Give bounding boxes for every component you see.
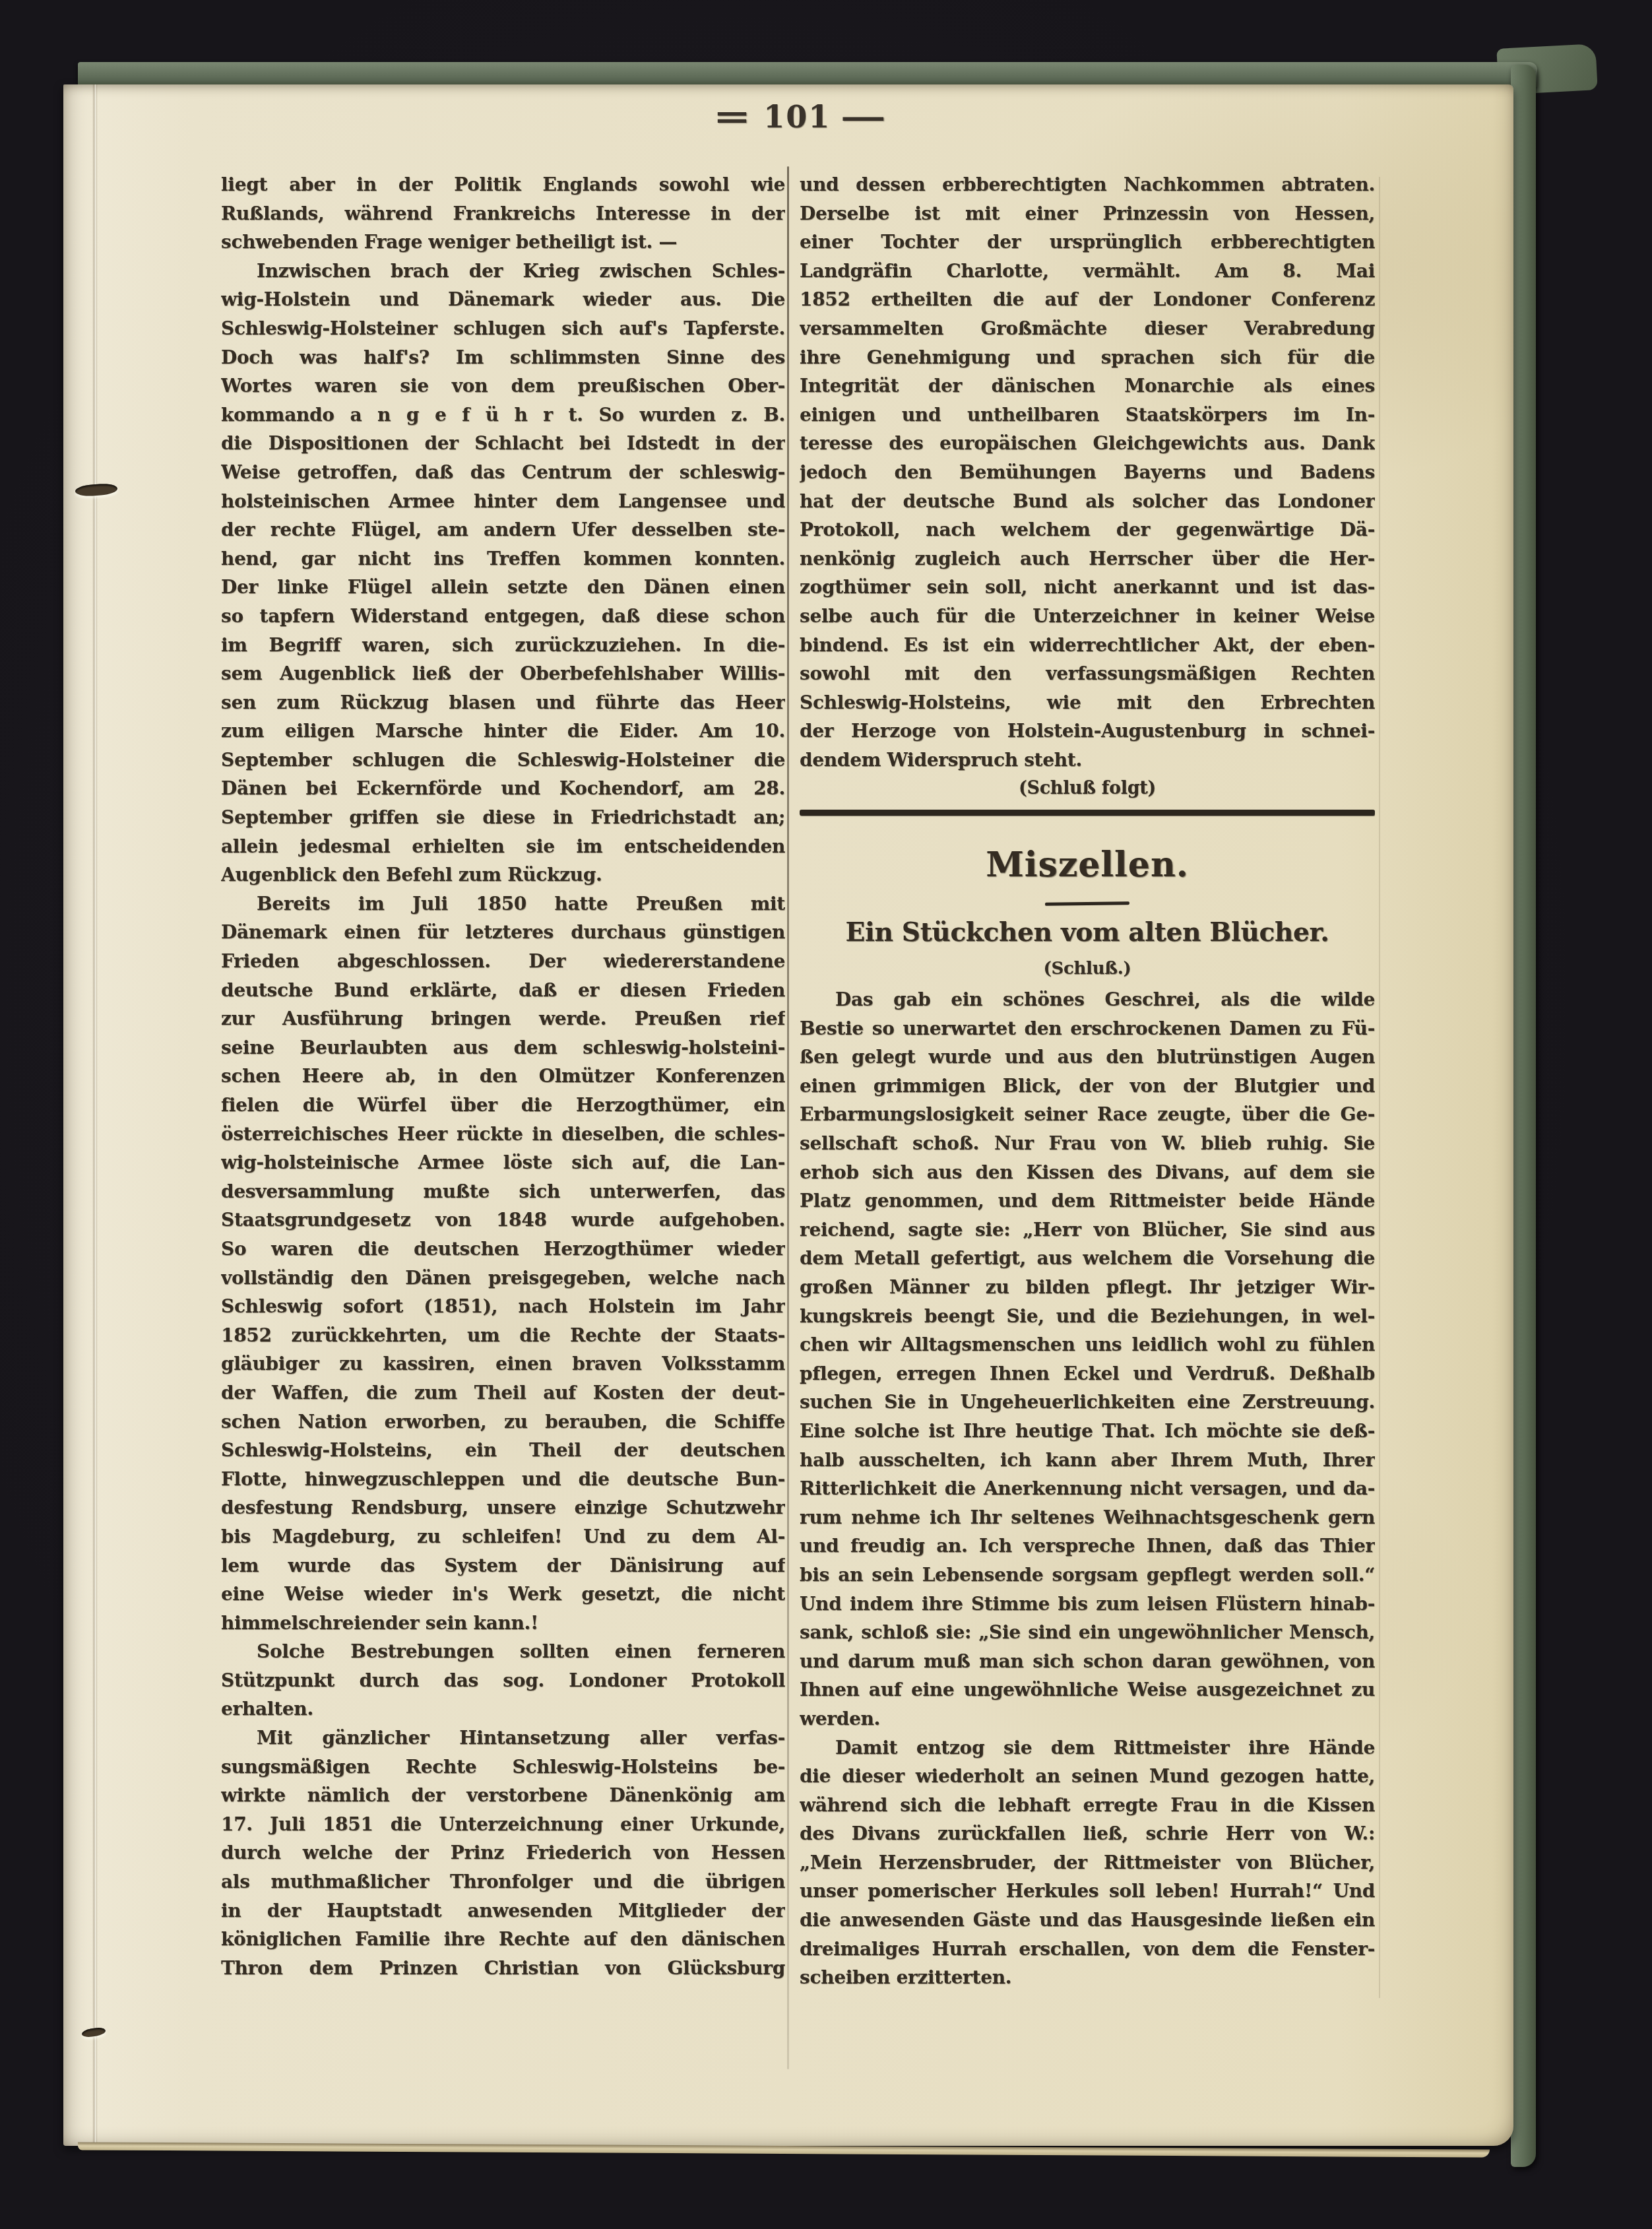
text-line: Doch was half's? Im schlimmsten Sinne de…: [221, 343, 785, 372]
text-line: des Divans zurückfallen ließ, schrie Her…: [800, 1819, 1375, 1848]
text-line: Platz genommen, und dem Rittmeister beid…: [800, 1186, 1375, 1215]
text-line: großen Männer zu bilden pflegt. Ihr jetz…: [800, 1273, 1375, 1302]
text-line: Stützpunkt durch das sog. Londoner Proto…: [221, 1666, 785, 1695]
text-line: Inzwischen brach der Krieg zwischen Schl…: [221, 257, 785, 286]
text-line: fielen die Würfel über die Herzogthümer,…: [221, 1091, 785, 1120]
text-line: Schleswig sofort (1851), nach Holstein i…: [221, 1292, 785, 1321]
text-line: schwebenden Frage weniger betheiligt ist…: [221, 228, 785, 257]
miszellen-section-heading: Miszellen.: [800, 833, 1375, 897]
book-cover-top-edge: [78, 62, 1537, 87]
text-line: jedoch den Bemühungen Bayerns und Badens: [800, 458, 1375, 487]
text-line: sungsmäßigen Rechte Schleswig-Holsteins …: [221, 1753, 785, 1782]
text-line: vollständig den Dänen preisgegeben, welc…: [221, 1264, 785, 1293]
text-line: bis an sein Lebensende sorgsam gepflegt …: [800, 1561, 1375, 1590]
text-line: lem wurde das System der Dänisirung auf: [221, 1551, 785, 1580]
text-line: ihre Genehmigung und sprachen sich für d…: [800, 343, 1375, 372]
text-line: Schleswig-Holsteins, ein Theil der deuts…: [221, 1436, 785, 1465]
page-number-header: =101—: [703, 99, 897, 135]
text-line: Staatsgrundgesetz von 1848 wurde aufgeho…: [221, 1206, 785, 1235]
text-line: scheiben erzitterten.: [800, 1963, 1375, 1992]
text-line: teresse des europäischen Gleichgewichts …: [800, 429, 1375, 458]
photo-background: { "page": { "number": "101", "header": {…: [0, 0, 1652, 2229]
text-line: der rechte Flügel, am andern Ufer dessel…: [221, 515, 785, 544]
text-line: Schleswig-Holsteiner schlugen sich auf's…: [221, 314, 785, 343]
article-title: Ein Stückchen vom alten Blücher.: [800, 913, 1375, 955]
heading-rule: [800, 897, 1375, 913]
text-line: ßen gelegt wurde und aus den blutrünstig…: [800, 1043, 1375, 1072]
text-line: desfestung Rendsburg, unsere einzige Sch…: [221, 1493, 785, 1522]
showthrough-rule: [1379, 177, 1380, 1998]
text-line: Ritterlichkeit die Anerkennung nicht ver…: [800, 1474, 1375, 1503]
text-line: Dänen bei Eckernförde und Kochendorf, am…: [221, 774, 785, 803]
text-line: und dessen erbberechtigten Nachkommen ab…: [800, 170, 1375, 199]
header-right-dash: —: [840, 99, 887, 135]
text-line: erhalten.: [221, 1695, 785, 1724]
text-line: österreichisches Heer rückte in dieselbe…: [221, 1120, 785, 1149]
text-line: Bestie so unerwartet den erschrockenen D…: [800, 1014, 1375, 1043]
text-line: die dieser wiederholt an seinen Mund gez…: [800, 1762, 1375, 1791]
text-line: sank, schloß sie: „Sie sind ein ungewöhn…: [800, 1618, 1375, 1647]
text-line: reichend, sagte sie: „Herr von Blücher, …: [800, 1215, 1375, 1244]
text-line: 1852 zurückkehrten, um die Rechte der St…: [221, 1321, 785, 1350]
text-line: suchen Sie in Ungeheuerlichkeiten eine Z…: [800, 1388, 1375, 1417]
text-line: September griffen sie diese in Friedrich…: [221, 803, 785, 832]
book-cover-right-edge: [1511, 65, 1536, 2167]
separator-rule: [800, 803, 1375, 833]
text-line: pflegen, erregen Ihnen Eckel und Verdruß…: [800, 1359, 1375, 1388]
text-line: Weise getroffen, daß das Centrum der sch…: [221, 458, 785, 487]
header-left-dash: =: [713, 99, 753, 135]
text-line: Damit entzog sie dem Rittmeister ihre Hä…: [800, 1733, 1375, 1762]
text-line: so tapfern Widerstand entgegen, daß dies…: [221, 602, 785, 631]
text-line: Erbarmungslosigkeit seiner Race zeugte, …: [800, 1100, 1375, 1129]
text-line: selbe auch für die Unterzeichner in kein…: [800, 602, 1375, 631]
text-line: seine Beurlaubten aus dem schleswig-hols…: [221, 1033, 785, 1062]
text-line: halb ausschelten, ich kann aber Ihrem Mu…: [800, 1446, 1375, 1475]
text-line: die Dispositionen der Schlacht bei Idste…: [221, 429, 785, 458]
text-line: deutsche Bund erklärte, daß er diesen Fr…: [221, 976, 785, 1005]
text-line: Derselbe ist mit einer Prinzessin von He…: [800, 199, 1375, 228]
text-line: Rußlands, während Frankreichs Interesse …: [221, 199, 785, 228]
text-line: kommando a n g e f ü h r t. So wurden z.…: [221, 401, 785, 430]
text-line: rum nehme ich Ihr seltenes Weihnachtsges…: [800, 1503, 1375, 1532]
text-line: einen grimmigen Blick, der von der Blutg…: [800, 1072, 1375, 1101]
text-line: dem Metall gefertigt, aus welchem die Vo…: [800, 1244, 1375, 1273]
text-line: dendem Widerspruch steht.: [800, 746, 1375, 775]
text-line: werden.: [800, 1704, 1375, 1733]
continuation-note: (Schluß folgt): [800, 774, 1375, 803]
text-line: einigen und untheilbaren Staatskörpers i…: [800, 401, 1375, 430]
text-line: wirkte nämlich der verstorbene Dänenköni…: [221, 1781, 785, 1810]
text-line: zum eiligen Marsche hinter die Eider. Am…: [221, 717, 785, 746]
text-line: 1852 ertheilten die auf der Londoner Con…: [800, 285, 1375, 314]
stitch-hole: [75, 483, 117, 497]
text-line: bis Magdeburg, zu schleifen! Und zu dem …: [221, 1522, 785, 1551]
text-line: Und indem ihre Stimme bis zum leisen Flü…: [800, 1590, 1375, 1619]
text-line: chen wir Alltagsmenschen uns leidlich wo…: [800, 1330, 1375, 1359]
left-column: liegt aber in der Politik Englands sowoh…: [221, 170, 785, 1982]
text-line: Solche Bestrebungen sollten einen ferner…: [221, 1637, 785, 1666]
text-line: schen Nation erworben, zu berauben, die …: [221, 1407, 785, 1437]
text-line: Thron dem Prinzen Christian von Glücksbu…: [221, 1954, 785, 1983]
text-line: So waren die deutschen Herzogthümer wied…: [221, 1235, 785, 1264]
text-line: liegt aber in der Politik Englands sowoh…: [221, 170, 785, 199]
text-line: erhob sich aus den Kissen des Divans, au…: [800, 1158, 1375, 1187]
text-line: schen Heere ab, in den Olmützer Konferen…: [221, 1062, 785, 1091]
text-line: hend, gar nicht ins Treffen kommen konnt…: [221, 544, 785, 573]
text-line: eine Weise wieder in's Werk gesetzt, die…: [221, 1580, 785, 1609]
text-line: dreimaliges Hurrah erschallen, von dem d…: [800, 1935, 1375, 1964]
text-line: September schlugen die Schleswig-Holstei…: [221, 746, 785, 775]
binding-crease: [92, 84, 98, 2146]
text-line: wig-holsteinische Armee löste sich auf, …: [221, 1148, 785, 1177]
text-line: „Mein Herzensbruder, der Rittmeister von…: [800, 1848, 1375, 1877]
text-line: und freudig an. Ich verspreche Ihnen, da…: [800, 1532, 1375, 1561]
text-line: sem Augenblick ließ der Oberbefehlshaber…: [221, 659, 785, 688]
text-line: Mit gänzlicher Hintansetzung aller verfa…: [221, 1724, 785, 1753]
text-line: durch welche der Prinz Friederich von He…: [221, 1838, 785, 1867]
text-line: Augenblick den Befehl zum Rückzug.: [221, 860, 785, 889]
text-line: Integrität der dänischen Monarchie als e…: [800, 371, 1375, 401]
text-line: zur Ausführung bringen werde. Preußen ri…: [221, 1004, 785, 1033]
text-line: allein jedesmal erhielten sie im entsche…: [221, 832, 785, 861]
text-line: desversammlung mußte sich unterwerfen, d…: [221, 1177, 785, 1206]
text-line: der Waffen, die zum Theil auf Kosten der…: [221, 1378, 785, 1407]
text-line: sen zum Rückzug blasen und führte das He…: [221, 688, 785, 717]
text-line: einer Tochter der ursprünglich erbberech…: [800, 228, 1375, 257]
text-line: versammelten Großmächte dieser Verabredu…: [800, 314, 1375, 343]
text-line: kungskreis beengt Sie, und die Beziehung…: [800, 1302, 1375, 1331]
text-line: Wortes waren sie von dem preußischen Obe…: [221, 371, 785, 401]
text-line: in der Hauptstadt anwesenden Mitglieder …: [221, 1896, 785, 1925]
text-line: Landgräfin Charlotte, vermählt. Am 8. Ma…: [800, 257, 1375, 286]
text-line: Flotte, hinwegzuschleppen und die deutsc…: [221, 1465, 785, 1494]
text-line: bindend. Es ist ein widerrechtlicher Akt…: [800, 631, 1375, 660]
text-line: holsteinischen Armee hinter dem Langense…: [221, 487, 785, 516]
text-line: gläubiger zu kassiren, einen braven Volk…: [221, 1349, 785, 1378]
text-line: Das gab ein schönes Geschrei, als die wi…: [800, 985, 1375, 1014]
text-line: Frieden abgeschlossen. Der wiedererstand…: [221, 947, 785, 976]
text-line: nenkönig zugleich auch Herrscher über di…: [800, 544, 1375, 573]
text-line: der Herzoge von Holstein-Augustenburg in…: [800, 717, 1375, 746]
text-line: himmelschreiender sein kann.!: [221, 1609, 785, 1638]
text-line: und darum muß man sich schon daran gewöh…: [800, 1647, 1375, 1676]
text-line: Eine solche ist Ihre heutige That. Ich m…: [800, 1417, 1375, 1446]
text-line: im Begriff waren, sich zurückzuziehen. I…: [221, 631, 785, 660]
text-line: sellschaft schoß. Nur Frau von W. blieb …: [800, 1129, 1375, 1158]
page-sheet: =101— liegt aber in der Politik Englands…: [63, 84, 1513, 2146]
text-line: während sich die lebhaft erregte Frau in…: [800, 1791, 1375, 1820]
text-line: 17. Juli 1851 die Unterzeichnung einer U…: [221, 1810, 785, 1839]
column-divider-rule: [787, 166, 789, 2069]
right-column: und dessen erbberechtigten Nachkommen ab…: [800, 170, 1375, 1992]
text-line: Dänemark einen für letzteres durchaus gü…: [221, 918, 785, 947]
text-line: zogthümer sein soll, nicht anerkannt und…: [800, 573, 1375, 602]
text-line: wig-Holstein und Dänemark wieder aus. Di…: [221, 285, 785, 314]
text-line: Der linke Flügel allein setzte den Dänen…: [221, 573, 785, 602]
text-line: Protokoll, nach welchem der gegenwärtige…: [800, 515, 1375, 544]
text-line: unser pomerischer Herkules soll leben! H…: [800, 1877, 1375, 1906]
page-number: 101: [763, 99, 831, 135]
text-line: die anwesenden Gäste und das Hausgesinde…: [800, 1906, 1375, 1935]
text-line: Ihnen auf eine ungewöhnliche Weise ausge…: [800, 1675, 1375, 1704]
text-line: Schleswig-Holsteins, wie mit den Erbrech…: [800, 688, 1375, 717]
text-line: königlichen Familie ihre Rechte auf den …: [221, 1925, 785, 1954]
text-line: Bereits im Juli 1850 hatte Preußen mit: [221, 889, 785, 919]
text-line: hat der deutsche Bund als solcher das Lo…: [800, 487, 1375, 516]
schluss-note: (Schluß.): [800, 955, 1375, 985]
text-line: als muthmaßlicher Thronfolger und die üb…: [221, 1867, 785, 1896]
text-line: sowohl mit den verfassungsmäßigen Rechte…: [800, 659, 1375, 688]
